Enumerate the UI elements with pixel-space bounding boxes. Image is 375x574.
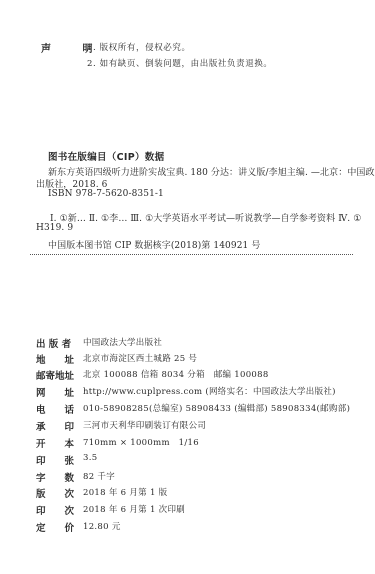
pub-value: http://www.cuplpress.com (网络实名：中国政法大学出版社… <box>83 385 336 397</box>
pub-value: 710mm × 1000mm 1/16 <box>83 436 199 448</box>
pub-label: 地 址 <box>36 352 74 366</box>
pub-label: 字 数 <box>36 470 74 484</box>
pub-value: 三河市天利华印刷装订有限公司 <box>83 419 206 431</box>
pub-label: 定 价 <box>36 520 74 534</box>
pub-label: 印 次 <box>36 503 74 517</box>
pub-value: 12.80 元 <box>83 520 121 532</box>
pub-value: 3.5 <box>83 453 97 463</box>
pub-label: 承 印 <box>36 419 74 433</box>
pub-label: 电 话 <box>36 402 74 416</box>
cip-classification-line2: H319. 9 <box>36 223 73 233</box>
cip-classification-line1: Ⅰ. ①新… Ⅱ. ①李… Ⅲ. ①大学英语水平考试—听说教学—自学参考资料 Ⅳ… <box>50 211 361 224</box>
cip-number: 中国版本图书馆 CIP 数据核字(2018)第 140921 号 <box>48 238 260 251</box>
pub-label: 印 张 <box>36 453 74 467</box>
declaration-item-2: 2. 如有缺页、倒装问题，由出版社负责退换。 <box>87 57 273 69</box>
cip-isbn: ISBN 978-7-5620-8351-1 <box>48 189 164 199</box>
pub-value: 中国政法大学出版社 <box>83 336 162 348</box>
pub-value: 010-58908285(总编室) 58908433 (编辑部) 5890833… <box>83 402 350 414</box>
pub-value: 北京市海淀区西土城路 25 号 <box>83 352 197 364</box>
pub-value: 2018 年 6 月第 1 次印刷 <box>83 503 185 515</box>
pub-value: 2018 年 6 月第 1 版 <box>83 486 167 498</box>
cip-title: 图书在版编目（CIP）数据 <box>48 149 164 163</box>
divider-dotted <box>30 254 353 255</box>
pub-value: 北京 100088 信箱 8034 分箱 邮编 100088 <box>83 368 269 380</box>
pub-label: 开 本 <box>36 436 74 450</box>
pub-label: 网 址 <box>36 385 74 399</box>
pub-label: 版 次 <box>36 486 74 500</box>
pub-label: 邮寄地址 <box>36 368 74 382</box>
pub-value: 82 千字 <box>83 470 115 482</box>
pub-label: 出 版 者 <box>36 336 71 350</box>
declaration-item-1: 1. 版权所有，侵权必究。 <box>87 41 191 53</box>
